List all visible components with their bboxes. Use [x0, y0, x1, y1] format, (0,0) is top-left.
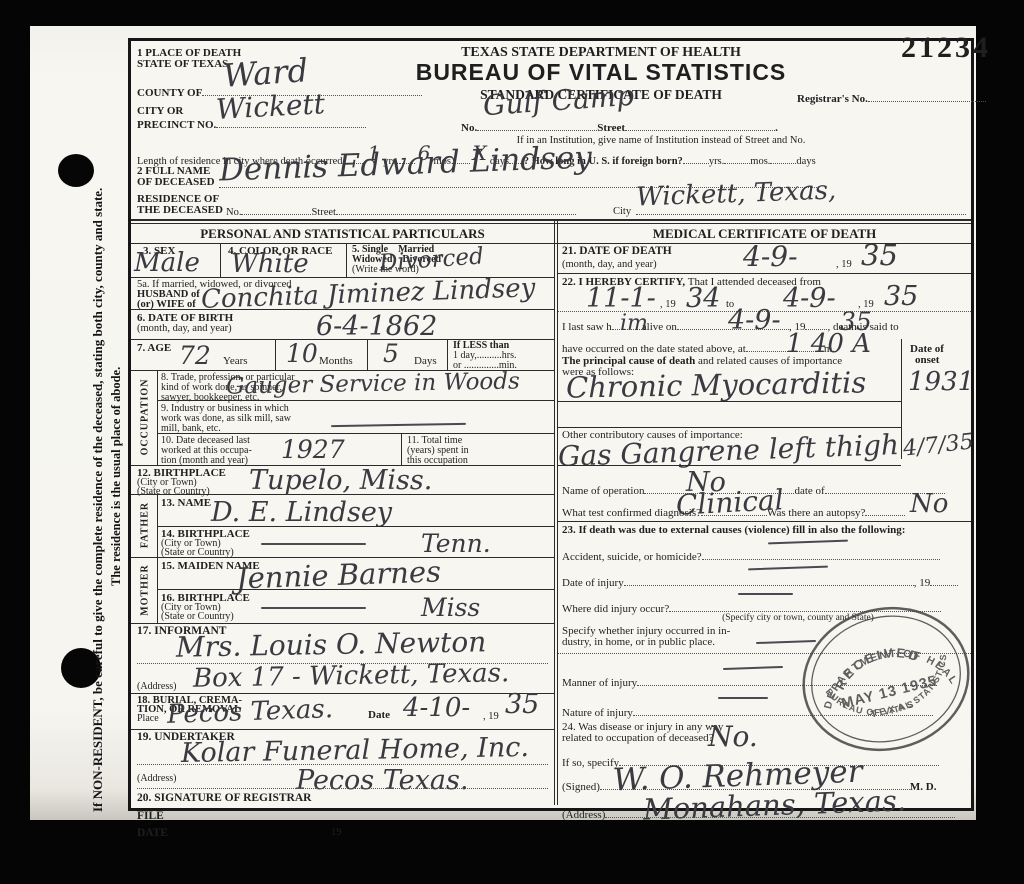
md-label: M. D.: [910, 781, 937, 793]
undertaker-address-label: (Address): [137, 773, 176, 784]
rule: [558, 465, 901, 466]
mother-vertical-label: MOTHER: [140, 564, 151, 616]
certificate-form: 1 PLACE OF DEATH STATE OF TEXAS TEXAS ST…: [128, 38, 974, 811]
father-bp-handwritten: Tenn.: [421, 531, 491, 556]
age-months-handwritten: 10: [286, 341, 318, 366]
certificate-number: 21234: [901, 31, 991, 64]
rule: [558, 521, 971, 522]
burial-date-handwritten: 4-10-: [403, 695, 470, 721]
res-city-label: City: [613, 206, 631, 218]
county-text: COUNTY OF: [137, 87, 202, 99]
registrar-signature-label: 20. SIGNATURE OF REGISTRAR: [137, 792, 311, 805]
rule: [220, 243, 221, 277]
accident-label: Accident, suicide, or homicide?: [562, 551, 702, 563]
cause-onset-handwritten: 1931: [908, 369, 974, 395]
signed-address-label: (Address): [562, 809, 605, 821]
dotted-leader: [865, 505, 905, 516]
marital-handwritten: Divorced: [378, 245, 484, 275]
signed-label: (Signed): [562, 781, 600, 793]
handwritten-dash: [723, 666, 783, 670]
dotted-leader: [770, 153, 796, 164]
street-no-line: No.Street.: [461, 120, 778, 134]
rule: [131, 729, 554, 730]
fb-yrs-label: yrs.: [709, 156, 724, 167]
age-years-handwritten: 72: [179, 343, 211, 368]
registrars-no-text: Registrar's No.: [797, 93, 868, 105]
father-vertical-label: FATHER: [140, 502, 151, 548]
birthplace-state-sub: (State or Country): [137, 486, 210, 497]
burial-date-label: Date: [368, 709, 390, 721]
date-label: DATE: [137, 827, 168, 840]
rule: [157, 589, 554, 590]
external-causes-label: 23. If death was due to external causes …: [562, 524, 905, 536]
medical-certificate-column: 21. DATE OF DEATH (month, day, and year)…: [558, 243, 971, 805]
dod-label: 21. DATE OF DEATH: [562, 245, 672, 258]
rule: [275, 339, 276, 370]
street-label: Street: [597, 122, 625, 134]
residence-label-2: THE DECEASED: [137, 204, 223, 216]
state-of-texas-label: STATE OF TEXAS: [137, 58, 228, 70]
punch-hole-top: [58, 154, 94, 187]
handwritten-dash: [331, 423, 466, 427]
dotted-rule: [137, 788, 548, 789]
attended-from-handwritten: 11-1-: [586, 285, 656, 312]
dod-year-handwritten: 35: [861, 241, 898, 270]
registrars-no-label: Registrar's No.: [797, 91, 986, 105]
undertaker-handwritten: Kolar Funeral Home, Inc.: [181, 734, 529, 767]
burial-place-label: Place: [137, 713, 159, 724]
occupation-handwritten: Gauger Service in Woods: [226, 370, 520, 398]
onset-label-2: onset: [915, 354, 939, 366]
no-label: No.: [461, 122, 477, 134]
street-value-handwritten: Gulf Camp: [482, 82, 635, 120]
residence-no-street: No.Street: [226, 204, 576, 219]
file-label: FILE: [137, 810, 164, 823]
rule: [131, 223, 971, 224]
burial-place-handwritten: Pecos Texas.: [167, 696, 334, 728]
handwritten-dash: [748, 566, 828, 571]
months-label: Months: [319, 355, 353, 367]
rule: [447, 339, 448, 370]
full-name-label-2: OF DECEASED: [137, 176, 215, 188]
dod-19-label: , 19: [836, 259, 852, 271]
days-label: Days: [414, 355, 437, 367]
county-value-handwritten: Ward: [222, 54, 309, 92]
age-label: 7. AGE: [137, 342, 171, 354]
rule: [367, 339, 368, 370]
margin-note-residence: The residence is the usual place of abod…: [109, 367, 124, 586]
dotted-leader: [241, 204, 311, 215]
rule: [558, 273, 971, 274]
injury-date-label: Date of injury: [562, 577, 624, 589]
rule: [157, 400, 554, 401]
informant-address-handwritten: Box 17 - Wickett, Texas.: [193, 660, 510, 692]
handwritten-dash: [768, 540, 848, 545]
autopsy-handwritten: No: [910, 491, 948, 517]
rule: [346, 243, 347, 277]
dotted-leader: [477, 120, 597, 131]
rule: [157, 433, 554, 434]
handwritten-dash: [261, 543, 366, 545]
from-19-label: , 19: [660, 299, 676, 311]
test-handwritten: Clinical: [675, 486, 784, 520]
burial-19-label: , 19: [483, 711, 499, 723]
specify-line2: dustry, in home, or in public place.: [562, 636, 715, 648]
left-section-title: PERSONAL AND STATISTICAL PARTICULARS: [131, 227, 554, 241]
lastsaw-date-handwritten: 4-9-: [728, 307, 781, 334]
race-handwritten: White: [231, 251, 309, 277]
s24-line2: related to occupation of deceased?: [562, 732, 713, 744]
s5a-wife: (or) WIFE of: [137, 299, 196, 311]
to-year-handwritten: 35: [884, 283, 918, 310]
informant-handwritten: Mrs. Louis O. Newton: [176, 628, 487, 661]
contributory-onset-handwritten: 4/7/35: [902, 431, 975, 460]
rule: [558, 401, 901, 402]
dotted-leader: [683, 153, 709, 164]
handwritten-dash: [738, 593, 793, 595]
precinct-text: PRECINCT NO.: [137, 119, 216, 131]
dod-handwritten: 4-9-: [743, 243, 798, 271]
dotted-leader: [702, 549, 940, 560]
years-label: Years: [223, 355, 248, 367]
city-value-handwritten: Wickett: [215, 90, 325, 124]
dotted-leader: [724, 153, 750, 164]
rule: [558, 427, 901, 428]
last-worked-handwritten: 1927: [281, 437, 345, 462]
handwritten-dash: [261, 607, 366, 609]
dob-handwritten: 6-4-1862: [316, 313, 437, 340]
time-handwritten: 1 40 A: [786, 331, 871, 357]
dotted-leader: [625, 120, 775, 131]
res-street-label: Street: [311, 207, 336, 218]
manner-label: Manner of injury: [562, 677, 637, 689]
undertaker-address-handwritten: Pecos Texas.: [296, 767, 468, 794]
rule: [157, 526, 554, 527]
rule: [157, 370, 158, 465]
res-no-label: No.: [226, 207, 241, 218]
occurred-pre: have occurred on the date stated above, …: [562, 343, 746, 355]
dotted-leader: [868, 91, 986, 102]
city-or-label: CITY OR: [137, 105, 183, 117]
occupation-vertical-label: OCCUPATION: [140, 379, 151, 456]
paper-sheet: If NON-RESIDENT, be careful to give the …: [30, 26, 976, 820]
s24-handwritten: No.: [708, 723, 758, 751]
mother-bp-handwritten: Miss: [421, 595, 480, 620]
where-injury-label: Where did injury occur?: [562, 603, 669, 615]
lastsaw-pre: I last saw h: [562, 321, 612, 333]
father-name-handwritten: D. E. Lindsey: [211, 499, 392, 526]
informant-address-label: (Address): [137, 681, 176, 692]
res-city-handwritten: Wickett, Texas,: [636, 178, 837, 211]
dob-sublabel: (month, day, and year): [137, 323, 232, 335]
rule: [131, 693, 554, 694]
rule: [401, 433, 402, 465]
dotted-leader: [336, 204, 576, 215]
attended-to-handwritten: 4-9-: [783, 285, 836, 312]
handwritten-dash: [718, 697, 768, 699]
received-stamp: DEPARTMENT OF HEALTH RECEIVED MAY 13 193…: [786, 579, 986, 779]
fb-mos-label: mos.: [750, 156, 770, 167]
dateof-label: date of: [794, 485, 824, 497]
personal-particulars-column: 3. SEX Male 4. COLOR OR RACE White 5. Si…: [131, 243, 554, 805]
margin-note-nonresident: If NON-RESIDENT, be careful to give the …: [90, 188, 106, 812]
him-handwritten: im: [620, 313, 648, 335]
rule: [131, 623, 554, 624]
mother-bp-state-sub: (State or Country): [161, 611, 234, 622]
res-city-baseline: [636, 214, 966, 215]
rule: [157, 557, 158, 623]
father-name-label: 13. NAME: [161, 497, 211, 509]
column-divider: [554, 219, 555, 805]
birthplace-handwritten: Tupelo, Miss.: [249, 467, 432, 494]
sex-handwritten: Male: [134, 250, 200, 276]
accident-line: Accident, suicide, or homicide?: [562, 549, 940, 563]
scanned-death-certificate: { "doc": { "number": "21234", "sidebar":…: [0, 0, 1024, 884]
from-year-handwritten: 34: [686, 285, 720, 312]
cause-of-death-handwritten: Chronic Myocarditis: [566, 368, 867, 402]
age-days-handwritten: 5: [383, 341, 399, 366]
dod-sublabel: (month, day, and year): [562, 259, 657, 271]
nature-label: Nature of injury: [562, 707, 633, 719]
rule: [131, 219, 971, 221]
operation-label: Name of operation: [562, 485, 644, 497]
burial-year-handwritten: 35: [505, 691, 539, 718]
fb-days-label: days: [796, 156, 815, 167]
ifso-label: If so, specify: [562, 757, 619, 769]
date-19-label: 19: [331, 827, 342, 839]
